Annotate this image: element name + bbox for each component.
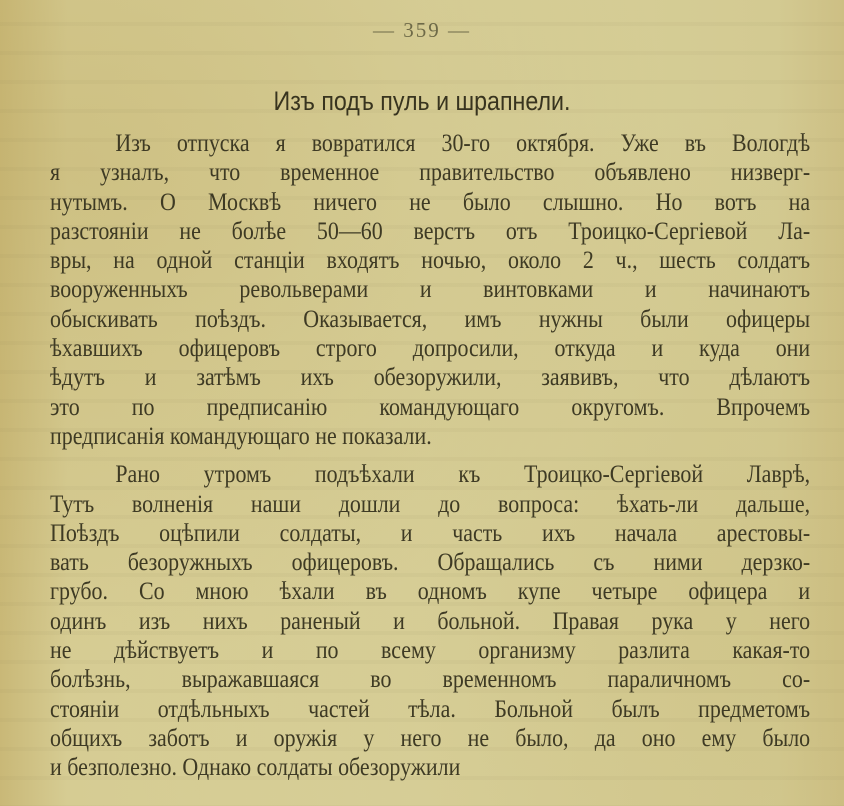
text-line: Тутъ волненія наши дошли до вопроса: ѣха…	[50, 489, 810, 518]
text-line: и безполезно. Однако солдаты обезоружили	[50, 752, 810, 781]
text-line: стояніи отдѣльныхъ частей тѣла. Больной …	[50, 694, 810, 723]
text-line: разстояніи не болѣе 50—60 верстъ отъ Тро…	[50, 216, 810, 245]
text-line: болѣзнь, выражавшаяся во временномъ пара…	[50, 664, 810, 693]
text-line: обыскивать поѣздъ. Оказывается, имъ нужн…	[50, 304, 810, 333]
text-line: нутымъ. О Москвѣ ничего не было слышно. …	[50, 187, 810, 216]
paragraph-1: Изъ отпуска я вовратился 30-го октября. …	[50, 128, 810, 450]
body-text: Изъ отпуска я вовратился 30-го октября. …	[50, 128, 810, 782]
paragraph-gap	[50, 450, 810, 459]
chapter-title: Изъ подъ пуль и шрапнели.	[59, 86, 785, 117]
text-line: предписанія командующаго не показали.	[50, 421, 810, 450]
text-line: Изъ отпуска я вовратился 30-го октября. …	[50, 128, 810, 157]
text-line: вооруженныхъ револьверами и винтовками и…	[50, 274, 810, 303]
text-line: одинъ изъ нихъ раненый и больной. Правая…	[50, 606, 810, 635]
text-line: не дѣйствуетъ и по всему организму разли…	[50, 635, 810, 664]
text-line: Поѣздъ оцѣпили солдаты, и часть ихъ нача…	[50, 518, 810, 547]
text-line: вры, на одной станціи входятъ ночью, око…	[50, 245, 810, 274]
text-line: ѣдутъ и затѣмъ ихъ обезоружили, заявивъ,…	[50, 362, 810, 391]
text-line: ѣхавшихъ офицеровъ строго допросили, отк…	[50, 333, 810, 362]
page-number: — 359 —	[0, 18, 844, 43]
text-line: Рано утромъ подъѣхали къ Троицко-Сергіев…	[50, 459, 810, 488]
text-line: я узналъ, что временное правительство об…	[50, 157, 810, 186]
text-line: общихъ заботъ и оружія у него не было, д…	[50, 723, 810, 752]
text-line: вать безоружныхъ офицеровъ. Обращались с…	[50, 547, 810, 576]
text-line: грубо. Со мною ѣхали въ одномъ купе четы…	[50, 576, 810, 605]
text-line: это по предписанію командующаго округомъ…	[50, 392, 810, 421]
paragraph-2: Рано утромъ подъѣхали къ Троицко-Сергіев…	[50, 459, 810, 781]
